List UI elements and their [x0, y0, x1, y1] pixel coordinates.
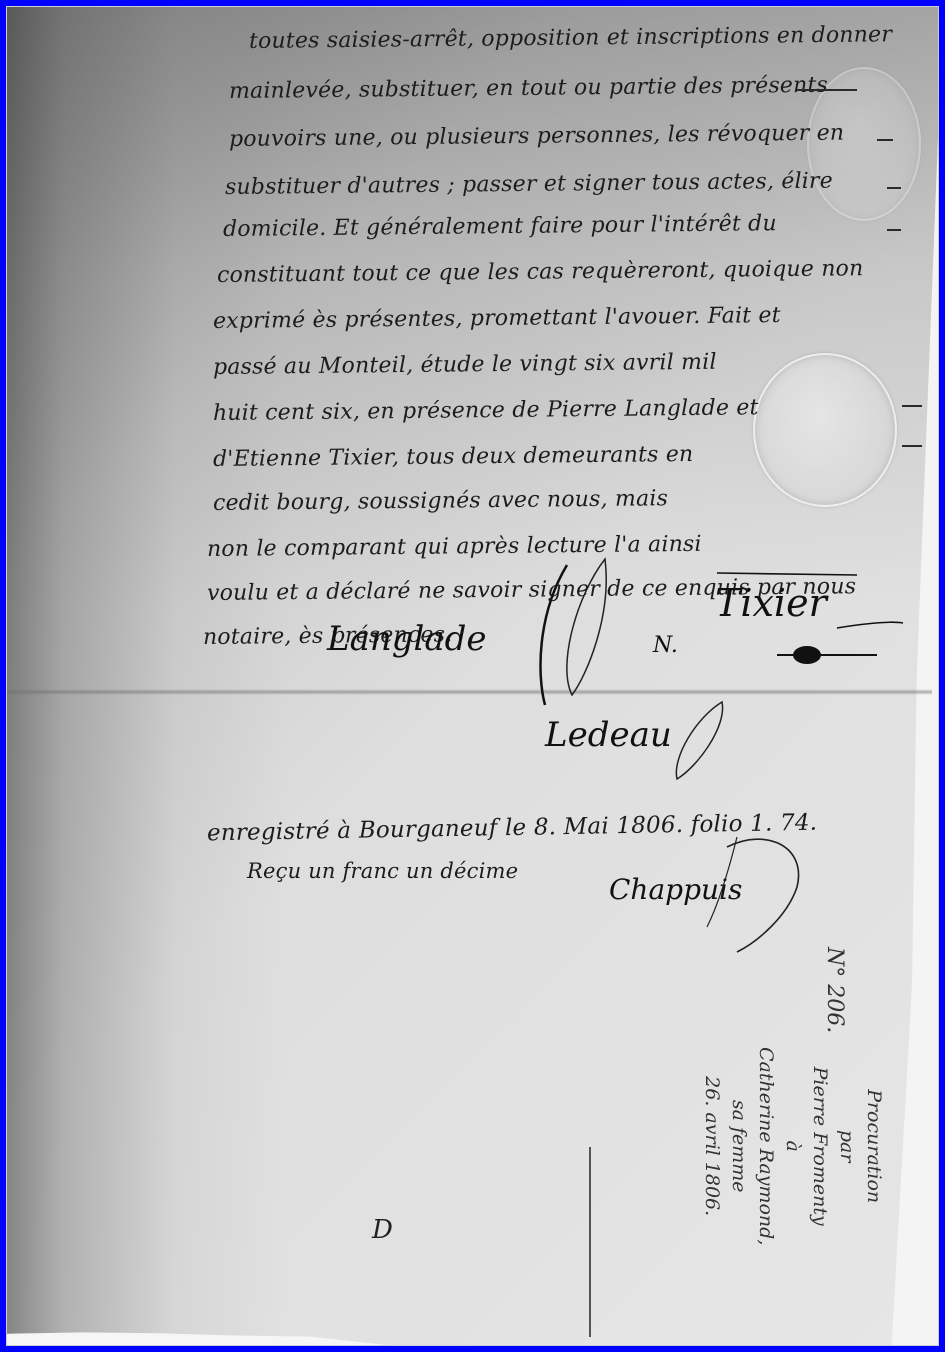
line-filler-dash — [887, 229, 901, 231]
signature-flourish-icon — [667, 697, 737, 787]
docket-line: sa femme — [725, 1100, 752, 1193]
docket-number: N° 206. — [822, 947, 847, 1033]
docket-line: 26. avril 1806. — [698, 1076, 725, 1216]
docket-rule — [589, 1147, 591, 1337]
docket-line: par — [833, 1130, 860, 1163]
document-frame: toutes saisies-arrêt, opposition et insc… — [6, 6, 939, 1346]
line-filler-dash — [887, 187, 901, 189]
signature-flourish-icon — [527, 555, 617, 715]
stray-ink-mark: D — [372, 1215, 393, 1245]
registration-fee-line: Reçu un franc un décime — [247, 859, 518, 883]
signature-underline-icon — [707, 563, 907, 673]
notary-mark: N. — [653, 633, 678, 658]
docket-line: Pierre Fromenty — [806, 1067, 833, 1226]
signature-notary: Ledeau — [545, 715, 672, 755]
docket-line: Catherine Raymond, — [752, 1047, 779, 1245]
paper-fold-crease — [7, 689, 932, 695]
line-filler-dash — [902, 445, 922, 447]
line-filler-dash — [797, 89, 857, 91]
line-filler-dash — [902, 405, 922, 407]
signature-flourish-icon — [697, 827, 817, 957]
body-line: passé au Monteil, étude le vingt six avr… — [213, 350, 717, 380]
body-line: d'Etienne Tixier, tous deux demeurants e… — [213, 442, 694, 472]
signature-langlade: Langlade — [327, 619, 487, 659]
body-line: cedit bourg, soussignés avec nous, mais — [213, 486, 668, 516]
docket-line: à — [779, 1141, 806, 1152]
embossed-seal-icon — [753, 353, 897, 507]
line-filler-dash — [877, 139, 893, 141]
docket-line: Procuration — [860, 1089, 887, 1203]
body-line: non le comparant qui après lecture l'a a… — [207, 532, 702, 562]
